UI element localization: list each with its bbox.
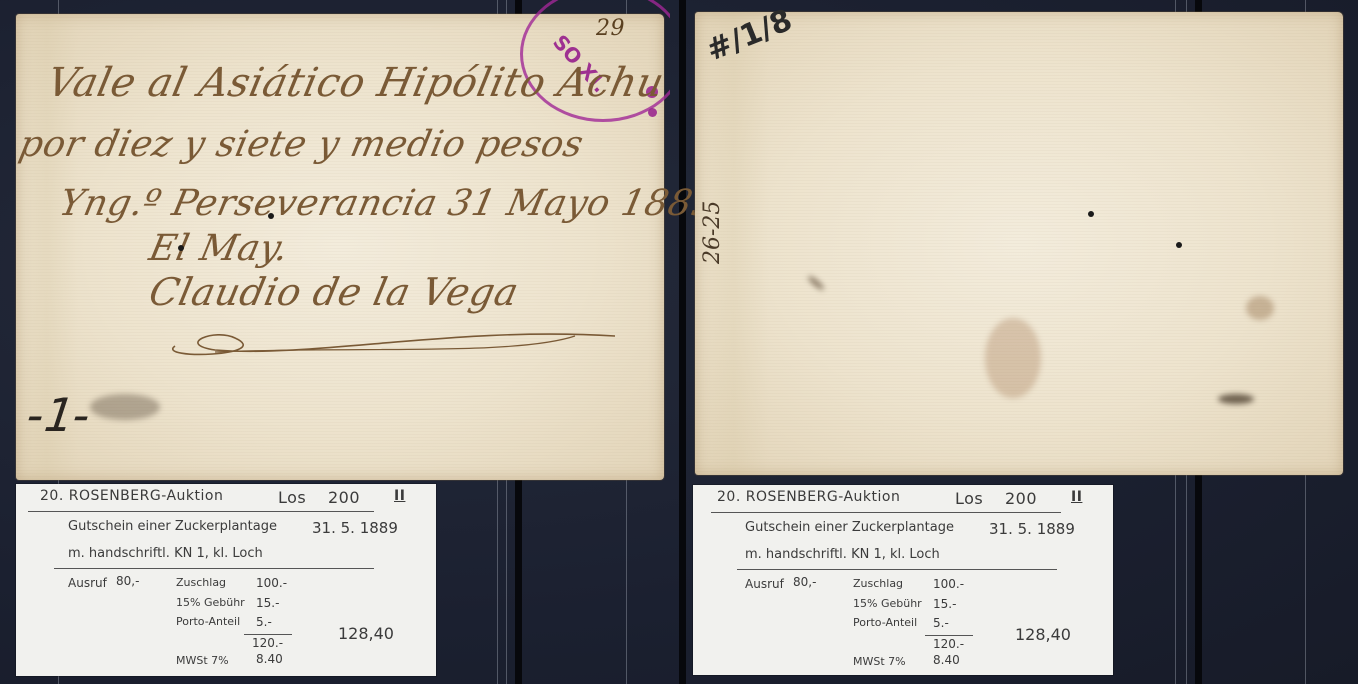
auction-label-back: 20. ROSENBERG-Auktion Los 200 II Gutsche… [693,485,1113,675]
label-sum-rule [925,635,973,636]
label-description-2: m. handschriftl. KN 1, kl. Loch [745,547,940,562]
label-description-1: Gutschein einer Zuckerplantage [68,519,277,534]
label-item: Porto-Anteil [176,615,240,628]
handwriting-line-1: Vale al Asiático Hipólito Achu [43,60,668,106]
label-total: 128,40 [1015,625,1071,644]
label-item-value: 100.- [256,576,287,590]
label-total: 128,40 [338,624,394,643]
label-item: MWSt 7% [853,655,906,668]
stamp-ink-dot [648,108,657,117]
label-subtotal: 120.- [933,637,964,651]
label-item-value: 8.40 [933,653,960,667]
label-header-title: 20. ROSENBERG-Auktion [717,489,900,505]
fingerprint-stain [985,318,1041,398]
label-item: MWSt 7% [176,654,229,667]
label-ausruf-value: 80,- [116,574,139,588]
label-divider [737,569,1057,570]
handwriting-line-4: El May. [146,228,293,269]
ink-smudge [90,394,160,420]
punch-hole [1176,242,1182,248]
label-item-value: 15.- [933,597,956,611]
label-description-1: Gutschein einer Zuckerplantage [745,520,954,535]
label-ausruf: Ausruf [745,577,784,591]
label-item-value: 5.- [933,616,949,630]
handwriting-line-2: por diez y siete y medio pesos [16,124,588,165]
corner-number: 29 [596,16,625,41]
handwriting-line-3: Yng.º Perseverancia 31 Mayo 1889 [56,183,720,224]
label-date: 31. 5. 1889 [989,520,1075,538]
strip-gap [679,0,686,684]
label-date: 31. 5. 1889 [312,519,398,537]
signature: Claudio de la Vega [145,270,522,314]
stain [1246,296,1274,320]
label-item: 15% Gebühr [853,597,922,610]
label-item-value: 100.- [933,577,964,591]
label-header-title: 20. ROSENBERG-Auktion [40,488,223,504]
voucher-back [695,12,1343,475]
label-item: 15% Gebühr [176,596,245,609]
label-lot-number: 200 [328,488,360,507]
label-item: Porto-Anteil [853,616,917,629]
punch-hole [178,245,184,251]
punch-hole [1088,211,1094,217]
label-divider [711,512,1061,513]
label-lot-number: 200 [1005,489,1037,508]
label-item: Zuschlag [853,577,903,590]
label-item-value: 15.- [256,596,279,610]
signature-flourish-icon [155,316,625,360]
label-section: II [1071,489,1082,505]
label-divider [28,511,374,512]
label-item: Zuschlag [176,576,226,589]
label-ausruf-value: 80,- [793,575,816,589]
label-section: II [394,488,405,504]
label-sum-rule [244,634,292,635]
label-description-2: m. handschriftl. KN 1, kl. Loch [68,546,263,561]
label-item-value: 5.- [256,615,272,629]
ink-smudge [1218,394,1254,404]
label-subtotal: 120.- [252,636,283,650]
punch-hole [268,213,274,219]
label-los: Los [955,489,983,508]
label-item-value: 8.40 [256,652,283,666]
label-ausruf: Ausruf [68,576,107,590]
label-los: Los [278,488,306,507]
auction-label-front: 20. ROSENBERG-Auktion Los 200 II Gutsche… [16,484,436,676]
back-side-note: 26-25 [700,201,725,264]
label-divider [54,568,374,569]
